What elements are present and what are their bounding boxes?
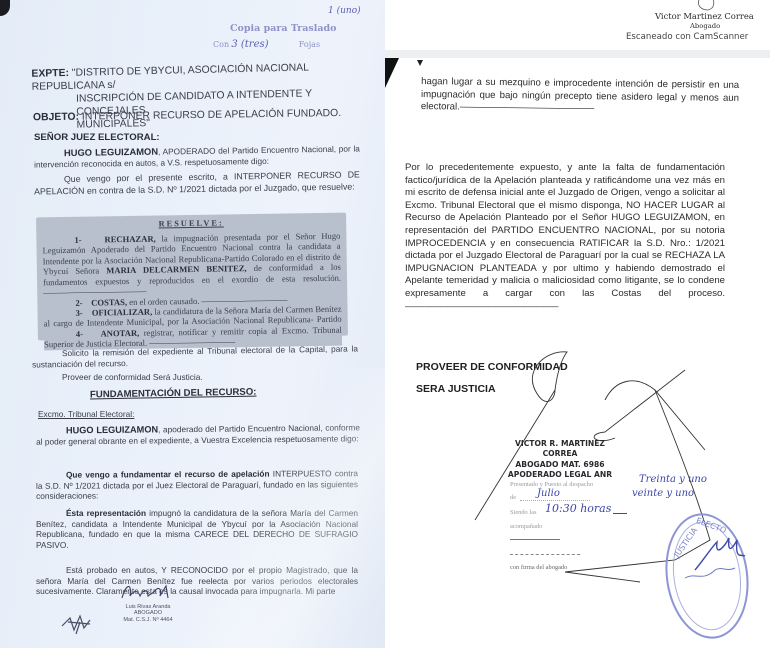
handwritten-page-number: 1 (uno) — [328, 6, 361, 17]
receipt-line — [510, 539, 560, 540]
receipt-month-handwritten: Julio — [537, 488, 560, 499]
expte-label: EXPTE: — [31, 68, 69, 80]
electoral-court-seal: JUSTICIA ELECTO — [655, 508, 765, 648]
receipt-day-handwritten: Treinta y uno — [639, 474, 707, 485]
copy-stamp-title: Copia para Traslado — [230, 24, 337, 35]
signer-name: VICTOR R. MARTINEZ CORREA — [500, 439, 620, 460]
lawyer-signature — [118, 580, 188, 604]
page-divider — [385, 50, 770, 58]
addressee: SEÑOR JUEZ ELECTORAL: — [34, 133, 160, 144]
paragraph-apoderado: HUGO LEGUIZAMON, apoderado del Partido E… — [36, 422, 360, 448]
receipt-year-handwritten: veinte y uno — [632, 488, 694, 499]
paragraph-continuation: hagan lugar a su mezquino e improcedente… — [421, 76, 739, 118]
receipt-line — [520, 500, 590, 501]
section-title-fundamentacion: FUNDAMENTACIÓN DEL RECURSO: — [90, 388, 257, 401]
receipt-time-handwritten: 10:30 horas — [545, 502, 611, 515]
paragraph-reelecta: Está probado en autos, Y RECONOCIDO por … — [36, 565, 358, 597]
paragraph-petition: Por lo precedentemente expuesto, y ante … — [405, 162, 725, 313]
receipt-line — [510, 554, 580, 555]
objeto-label: OBJETO: — [33, 112, 79, 124]
resolution-item-1: 1- RECHAZAR, la impugnación presentada p… — [42, 231, 341, 298]
receipt-dash — [613, 513, 627, 514]
right-document-page: hagan lugar a su mezquino e improcedente… — [385, 58, 770, 648]
left-document-page: 1 (uno) Copia para Traslado Con 3 (tres)… — [0, 0, 385, 648]
signer-registration: ABOGADO MAT. 6986 — [500, 460, 620, 470]
copy-count-handwritten: 3 (tres) — [231, 39, 268, 50]
resolution-title: RESUELVE: — [36, 217, 346, 232]
salutation: Excmo. Tribunal Electoral: — [38, 409, 134, 420]
paragraph-intro: HUGO LEGUIZAMON, APODERADO del Partido E… — [34, 143, 360, 169]
lawyer-stamp: Luis Rivas Aranda ABOGADO Mat. C.S.J. Nº… — [118, 604, 178, 623]
previous-page-footer: Victor Martinez Correa Abogado Escaneado… — [385, 0, 770, 50]
paragraph-fundamentar: Que vengo a fundamentar el recurso de ap… — [36, 468, 358, 501]
resolution-excerpt-box: RESUELVE: 1- RECHAZAR, la impugnación pr… — [36, 213, 348, 341]
paragraph-proveer: Proveer de conformidad Será Justicia. — [62, 372, 203, 383]
signer-role: APODERADO LEGAL ANR — [500, 470, 620, 480]
page-corner-shadow — [0, 0, 10, 16]
header-lawyer-name: Victor Martinez Correa — [655, 11, 754, 21]
svg-text:ELECTO: ELECTO — [695, 516, 728, 535]
scan-marker-icon — [417, 60, 423, 66]
paragraph-impugnacion: Ésta representación impugnó la candidatu… — [36, 508, 358, 550]
signer-block: VICTOR R. MARTINEZ CORREA ABOGADO MAT. 6… — [500, 439, 620, 481]
paragraph-appeal: Que vengo por el presente escrito, a INT… — [34, 169, 360, 197]
paragraph-remission: Solicito la remisión del expediente al T… — [32, 343, 358, 369]
scan-corner-shadow — [385, 58, 399, 88]
copy-stamp-count: Con 3 (tres) Fojas — [213, 40, 353, 51]
camscanner-watermark: Escaneado con CamScanner — [626, 32, 748, 42]
header-lawyer-title: Abogado — [690, 22, 720, 30]
